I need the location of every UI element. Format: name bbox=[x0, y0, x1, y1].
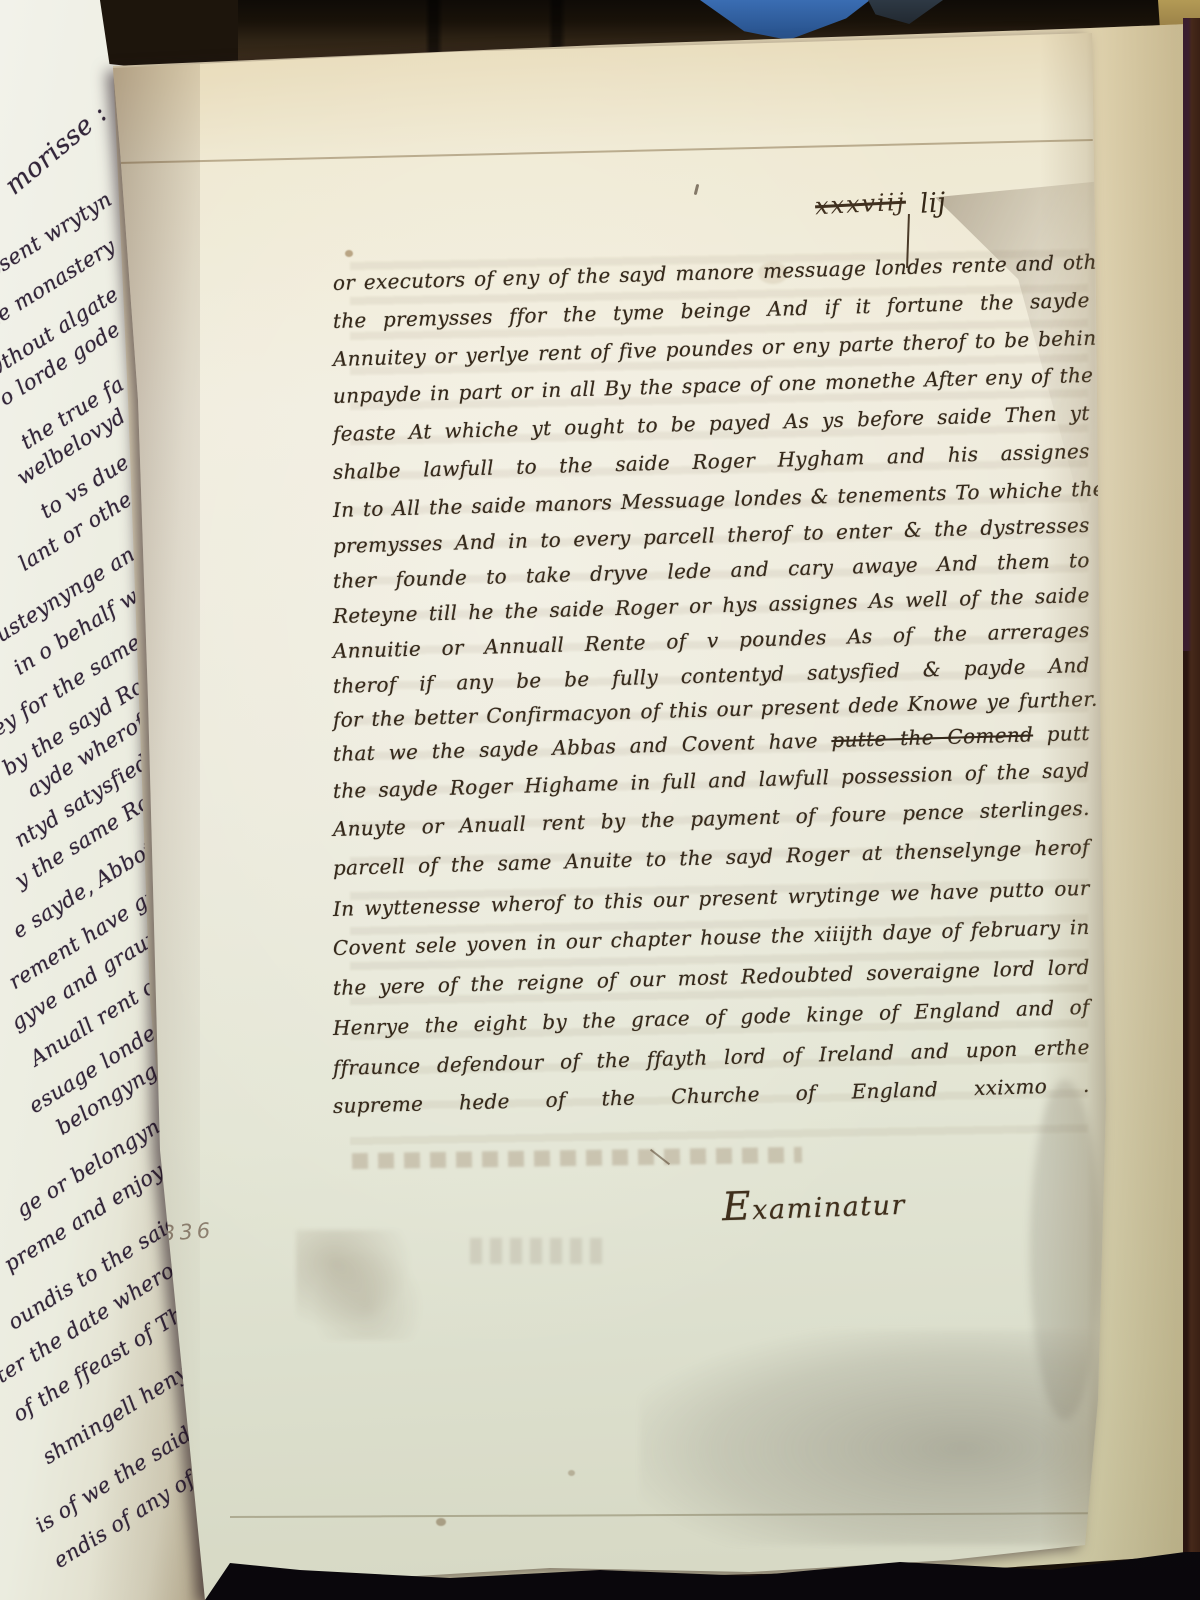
stain bbox=[436, 1518, 446, 1526]
examinatur-signature: Examinatur bbox=[721, 1179, 906, 1230]
book-cover-right-edge bbox=[1183, 18, 1200, 1600]
manuscript-leaf-wrap: xxxviijlij or executors of eny of the sa… bbox=[0, 0, 1200, 1600]
stain bbox=[345, 250, 353, 257]
ink-bleedthrough-line bbox=[352, 1147, 802, 1169]
gutter-shadow bbox=[110, 60, 200, 1600]
folio-annotation: xxxviijlij bbox=[815, 188, 1005, 219]
manuscript-photo: morisse :psent wrytynthe monasterywthout… bbox=[0, 0, 1200, 1600]
crease-line-top bbox=[118, 139, 1093, 164]
faint-ghost-word bbox=[470, 1238, 610, 1264]
manuscript-page: xxxviijlij or executors of eny of the sa… bbox=[0, 0, 1200, 1600]
stain bbox=[568, 1470, 575, 1476]
ink-mark bbox=[694, 184, 700, 195]
folio-struck-number: xxxviij bbox=[814, 188, 906, 221]
struck-text: putte the Comend bbox=[831, 722, 1033, 752]
page-right-edge-shade bbox=[1040, 30, 1106, 1550]
folio-number: lij bbox=[919, 187, 947, 220]
pencil-smudge bbox=[296, 1230, 426, 1340]
soil-bottom-right bbox=[640, 1330, 1100, 1545]
